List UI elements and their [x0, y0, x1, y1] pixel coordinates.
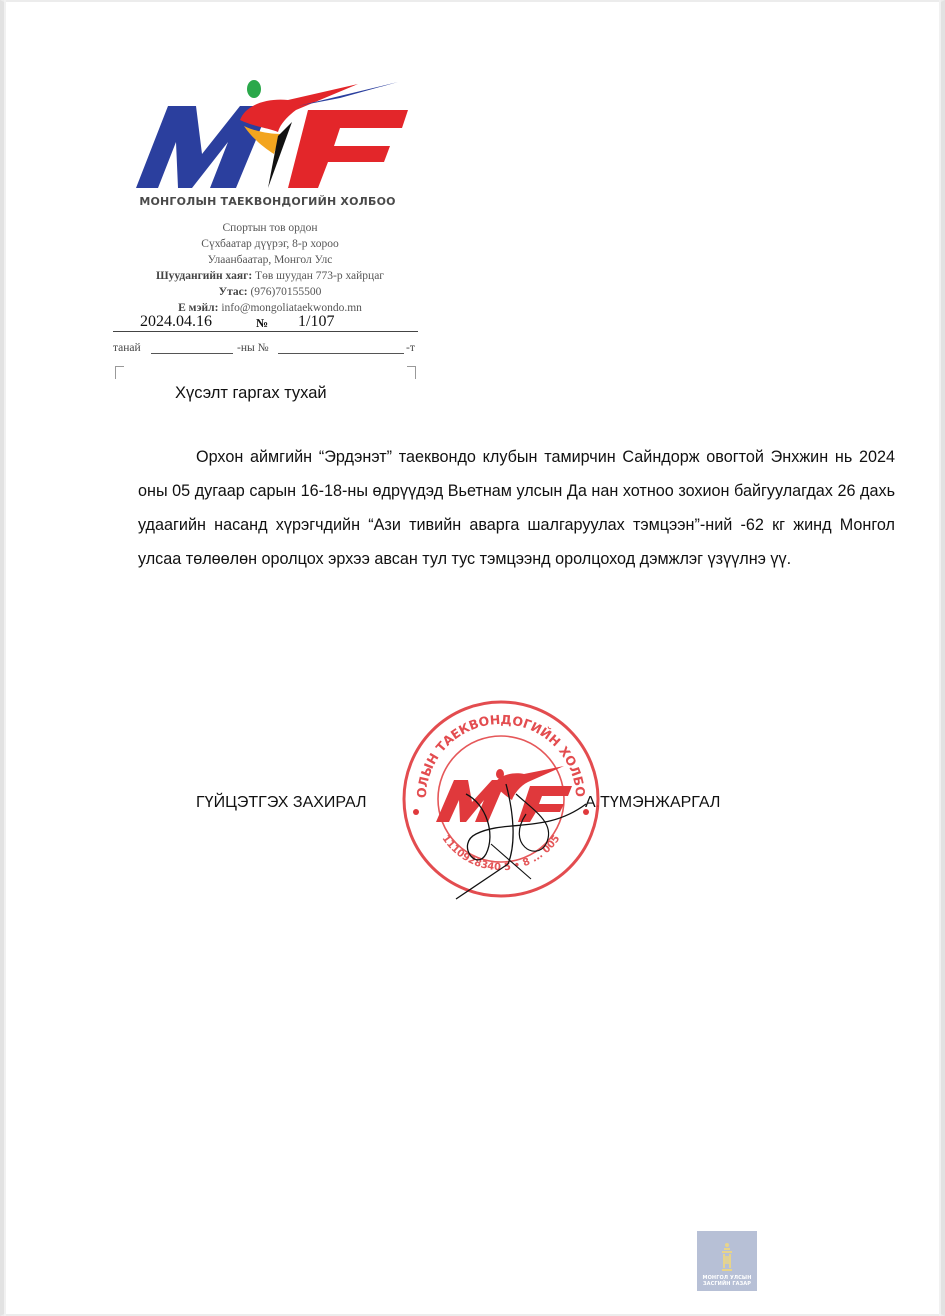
address-line-1: Спортын тов ордон — [120, 220, 420, 236]
mtf-logo-icon — [128, 76, 408, 196]
letter-number: 1/107 — [298, 313, 334, 331]
reference-blank-number — [278, 353, 404, 354]
page-edge-right — [939, 0, 941, 1316]
page-edge-left — [4, 0, 6, 1316]
reference-line: танай -ны № -т — [113, 342, 418, 356]
mailbox-label: Шуудангийн хаяг: — [156, 270, 252, 282]
letterhead-address: Спортын тов ордон Сүхбаатар дүүрэг, 8-р … — [120, 220, 420, 316]
registration-line: 2024.04.16 № 1/107 — [113, 311, 418, 332]
reference-your-label: танай — [113, 342, 141, 354]
phone-line: Утас: (976)70155500 — [120, 284, 420, 300]
reference-t-label: -т — [406, 342, 415, 354]
reference-blank-date — [151, 353, 233, 354]
government-badge: МОНГОЛ УЛСЫН ЗАСГИЙН ГАЗАР — [697, 1231, 757, 1291]
soyombo-emblem-icon — [720, 1242, 734, 1272]
mailbox-line: Шуудангийн хаяг: Төв шуудан 773-р хайрца… — [120, 268, 420, 284]
signatory-title: ГҮЙЦЭТГЭХ ЗАХИРАЛ — [196, 794, 367, 812]
mailbox-value: Төв шуудан 773-р хайрцаг — [252, 270, 384, 282]
logo-caption: МОНГОЛЫН ТАЕКВОНДОГИЙН ХОЛБОО — [130, 195, 405, 208]
phone-value: (976)70155500 — [248, 286, 322, 298]
letter-body: Орхон аймгийн “Эрдэнэт” таеквондо клубын… — [138, 440, 895, 576]
address-bracket-right — [407, 366, 416, 379]
letter-date: 2024.04.16 — [140, 313, 212, 331]
stamp-seal-icon: МОНГОЛЫН ТАЕКВОНДОГИЙН ХОЛБОО ТББ 111092… — [396, 694, 606, 904]
reference-ny-label: -ны № — [237, 342, 269, 354]
letter-subject: Хүсэлт гаргах тухай — [175, 384, 327, 403]
official-stamp: МОНГОЛЫН ТАЕКВОНДОГИЙН ХОЛБОО ТББ 111092… — [396, 694, 606, 904]
phone-label: Утас: — [219, 286, 248, 298]
address-line-3: Улаанбаатар, Монгол Улс — [120, 252, 420, 268]
address-bracket-left — [115, 366, 124, 379]
letter-number-label: № — [256, 316, 268, 331]
address-line-2: Сүхбаатар дүүрэг, 8-р хороо — [120, 236, 420, 252]
gov-badge-line-2: ЗАСГИЙН ГАЗАР — [703, 1281, 751, 1287]
